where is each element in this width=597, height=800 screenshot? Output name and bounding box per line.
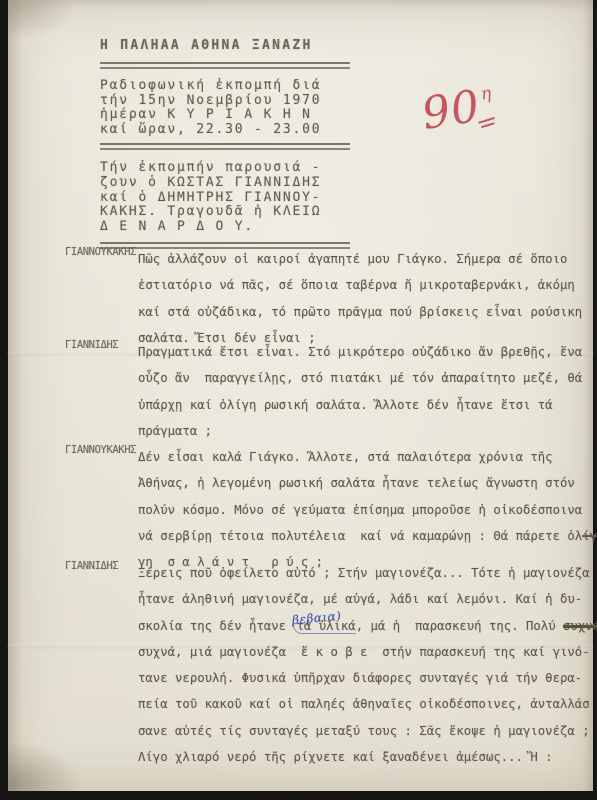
dialogue-block: ΓΙΑΝΝΟΥΚΑΚΗΣ Πῶς ἀλλάζουν οἱ καιροί ἀγαπ…	[65, 246, 595, 351]
presenters-line: ζουν ὁ ΚΩΣΤΑΣ ΓΙΑΝΝΙΔΗΣ	[100, 176, 350, 191]
blue-handwriting-note: βεβαια)	[291, 602, 343, 633]
dialogue-lines: Δέν εἶσαι καλά Γιάγκο. Ἄλλοτε, στά παλαι…	[138, 444, 595, 575]
dialogue-line: πεία τοῦ κακοῦ καί οἱ παληές ἀθηναῖες οἰ…	[138, 691, 595, 717]
dialogue-lines: Πραγματικά ἔτσι εἶναι. Στό μικρότερο οὐζ…	[138, 339, 595, 444]
dialogue-line-with-strikeout: νά σερβίρῃ τέτοια πολυτέλεια καί νά καμα…	[138, 523, 595, 549]
dialogue-line: Πῶς ἀλλάζουν οἱ καιροί ἀγαπητέ μου Γιάγκ…	[138, 246, 595, 272]
speaker-label: ΓΙΑΝΝΙΔΗΣ	[65, 560, 118, 572]
dialogue-block: ΓΙΑΝΝΙΔΗΣ Ξέρεις ποῦ ὀφείλετο αὐτό ; Στή…	[65, 560, 595, 770]
broadcast-info-line: καί ὥραν, 22.30 - 23.00	[100, 123, 350, 138]
dialogue-line: Δέν εἶσαι καλά Γιάγκο. Ἄλλοτε, στά παλαι…	[138, 444, 595, 470]
presenters-line: Δ Ε Ν Α Ρ Δ Ο Υ.	[100, 220, 350, 235]
presenters-line: ΚΑΚΗΣ. Τραγουδᾶ ἡ ΚΛΕΙΩ	[100, 205, 350, 220]
broadcast-info-line: Ραδιοφωνική ἐκπομπή διά	[100, 79, 350, 94]
presenters-line: καί ὁ ΔΗΜΗΤΡΗΣ ΓΙΑΝΝΟΥ-	[100, 191, 350, 206]
struck-out-text: συχνά	[563, 619, 597, 633]
script-header: Η ΠΑΛΗΑΑ ΑΘΗΝΑ ΞΑΝΑΖΗ Ραδιοφωνική ἐκπομπ…	[100, 38, 350, 249]
speaker-label: ΓΙΑΝΝΟΥΚΑΚΗΣ	[65, 246, 136, 258]
dialogue-line: Πραγματικά ἔτσι εἶναι. Στό μικρότερο οὐζ…	[138, 339, 595, 365]
struck-out-text: ίγ—	[582, 529, 597, 543]
dialogue-line: ὑπάρχῃ καί ὀλίγη ρωσική σαλάτα. Ἄλλοτε δ…	[138, 392, 595, 418]
dialogue-line: σανε αὐτές τίς συνταγές μεταξύ τους : Σᾶ…	[138, 718, 595, 744]
broadcast-info: Ραδιοφωνική ἐκπομπή διά τήν 15ην Νοεμβρί…	[100, 79, 350, 137]
dialogue-lines: Πῶς ἀλλάζουν οἱ καιροί ἀγαπητέ μου Γιάγκ…	[138, 246, 595, 351]
paper-sheet: Η ΠΑΛΗΑΑ ΑΘΗΝΑ ΞΑΝΑΖΗ Ραδιοφωνική ἐκπομπ…	[8, 0, 593, 791]
broadcast-info-line: ἡμέραν Κ Υ Ρ Ι Α Κ Η Ν	[100, 108, 350, 123]
dialogue-line-with-annotation: σκολία της δέν ἦτανε βεβαια)τά ὑλικά, μά…	[138, 613, 595, 639]
speaker-label: ΓΙΑΝΝΟΥΚΑΚΗΣ	[65, 444, 136, 456]
line-text: νά σερβίρῃ τέτοια πολυτέλεια καί νά καμα…	[138, 529, 582, 543]
presenters-info: Τήν ἐκπομπήν παρουσιά - ζουν ὁ ΚΩΣΤΑΣ ΓΙ…	[100, 161, 350, 234]
double-rule-divider	[100, 62, 350, 69]
red-page-number-annotation: 90η	[418, 79, 493, 140]
red-underline	[481, 122, 495, 128]
broadcast-info-line: τήν 15ην Νοεμβρίου 1970	[100, 94, 350, 109]
dialogue-block: ΓΙΑΝΝΟΥΚΑΚΗΣ Δέν εἶσαι καλά Γιάγκο. Ἄλλο…	[65, 444, 595, 575]
red-number-suffix: η	[479, 83, 492, 104]
dialogue-line: καί στά οὐζάδικα, τό πρῶτο πρᾶγμα πού βρ…	[138, 299, 595, 325]
dialogue-line: τανε νερουλή. Φυσικά ὑπῆρχαν διάφορες συ…	[138, 665, 595, 691]
line-text: , μά ἡ παρασκευή της. Πολύ	[356, 619, 563, 633]
dialogue-lines: Ξέρεις ποῦ ὀφείλετο αὐτό ; Στήν μαγιονέζ…	[138, 560, 595, 770]
dialogue-line: πράγματα ;	[138, 418, 595, 444]
pen-circled-words: βεβαια)τά ὑλικά	[293, 619, 355, 634]
speaker-label: ΓΙΑΝΝΙΔΗΣ	[65, 339, 118, 351]
dialogue-line: Ἀθήνας, ἡ λεγομένη ρωσική σαλάτα ἦτανε τ…	[138, 470, 595, 496]
double-rule-divider	[100, 143, 350, 150]
scanned-typewritten-page: { "document": { "kind": "Typewritten Gre…	[0, 0, 597, 800]
page-title: Η ΠΑΛΗΑΑ ΑΘΗΝΑ ΞΑΝΑΖΗ	[100, 38, 350, 53]
dialogue-line: ἦτανε ἀληθινή μαγιονέζα, μέ αὐγά, λάδι κ…	[138, 586, 595, 612]
dialogue-line: Ξέρεις ποῦ ὀφείλετο αὐτό ; Στήν μαγιονέζ…	[138, 560, 595, 586]
red-number: 90	[418, 81, 483, 140]
line-text: σκολία της δέν ἦτανε	[138, 619, 293, 633]
dialogue-line: συχνά, μιά μαγιονέζα ἔ κ ο β ε στήν παρα…	[138, 639, 595, 665]
dialogue-line: ἐστιατόριο νά πᾶς, σέ ὅποια ταβέρνα ἤ μι…	[138, 272, 595, 298]
dialogue-block: ΓΙΑΝΝΙΔΗΣ Πραγματικά ἔτσι εἶναι. Στό μικ…	[65, 339, 595, 444]
dialogue-line: οὖζο ἄν παραγγείλῃς, στό πιατάκι μέ τόν …	[138, 365, 595, 391]
dialogue-line: Λίγο χλιαρό νερό τῆς ρίχνετε καί ξαναδέν…	[138, 744, 595, 770]
presenters-line: Τήν ἐκπομπήν παρουσιά -	[100, 161, 350, 176]
dialogue-line: πολύν κόσμο. Μόνο σέ γεύματα ἐπίσημα μπο…	[138, 497, 595, 523]
